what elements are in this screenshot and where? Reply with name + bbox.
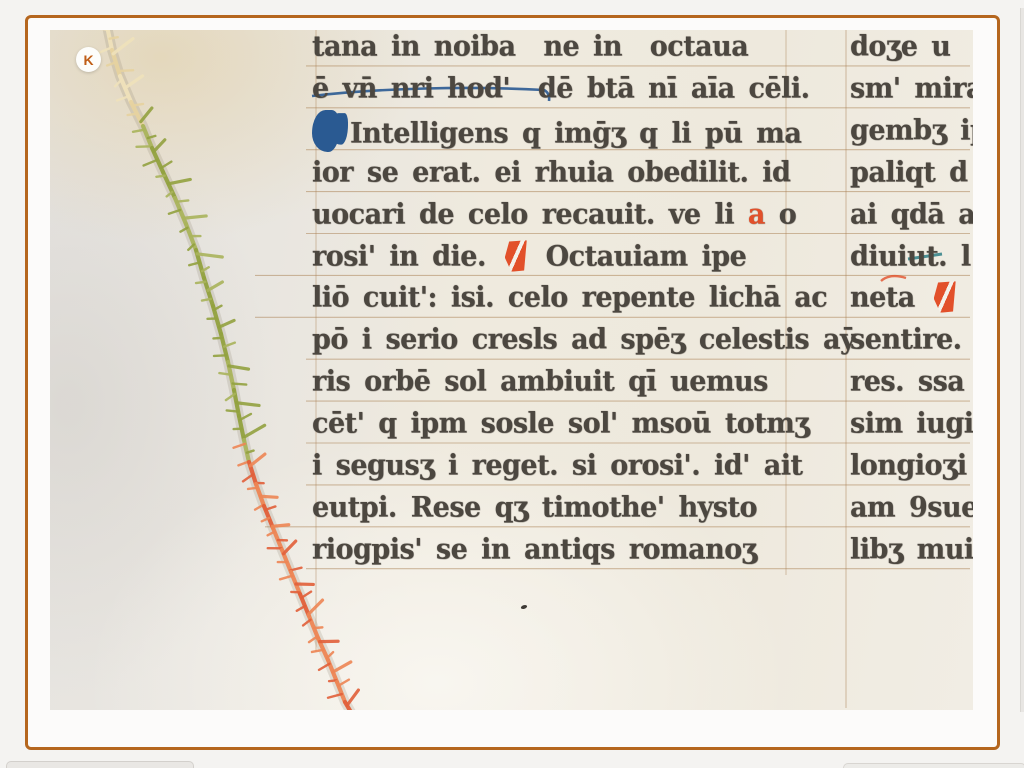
manuscript-line: tana in noiba ne in octaua [312, 30, 748, 70]
manuscript-line: diuiut. l [850, 236, 971, 280]
manuscript-line: ris orbē sol ambiuit qī uemus [312, 361, 768, 405]
manuscript-line: uocari de celo recauit. ve li a o [312, 194, 796, 238]
manuscript-line: res. ssa m [850, 361, 973, 405]
manuscript-line: i segusʒ i reget. si orosi'. id' ait [312, 445, 803, 489]
manuscript-line: am 9sue [850, 487, 973, 531]
manuscript-line: cēt' q ipm sosle sol' msoū totmʒ [312, 403, 809, 447]
next-card-edge [1020, 8, 1024, 712]
manuscript-line: neta u [850, 277, 973, 321]
manuscript-line: Intelligens q imḡʒ q li pū ma [312, 110, 801, 154]
screen: tana in noiba ne in octauaē vn̄ nri hod'… [0, 0, 1024, 768]
manuscript-line: ai qdā a [850, 194, 973, 238]
red-paraph-mark [934, 282, 956, 314]
manuscript-line: paliqt d [850, 152, 968, 196]
manuscript-line: rosi' in die. Octauiam ipe [312, 236, 746, 280]
manuscript-line: pō i serio cresls ad spēʒ celestis aȳ [312, 319, 855, 363]
manuscript-line: liō cuit': isi. celo repente lichā ac [312, 277, 827, 321]
manuscript-line: riogpis' se in antiqs romanoʒ [312, 529, 757, 573]
image-card[interactable]: tana in noiba ne in octauaē vn̄ nri hod'… [25, 15, 1000, 750]
ink-dot [520, 604, 527, 609]
manuscript-line: sm' mira [850, 68, 973, 112]
manuscript-line: eutpi. Rese qʒ timothe' hysto [312, 487, 757, 531]
peek-card-bottom-left[interactable] [6, 761, 194, 768]
red-paraph-mark [505, 240, 527, 272]
manuscript-line: doʒe u [850, 30, 950, 70]
red-letter: a [748, 198, 765, 231]
manuscript-line: gembʒ ip [850, 110, 973, 154]
manuscript-line: ior se erat. ei rhuia obedilit. id [312, 152, 790, 196]
blue-initial-mark [312, 110, 340, 152]
k-badge: K [76, 47, 101, 72]
peek-card-bottom-right[interactable] [843, 763, 1024, 768]
manuscript-line: ē vn̄ nri hod' dē btā nī aīa cēli. [312, 68, 810, 112]
k-badge-label: K [83, 52, 93, 68]
manuscript-line: sim iugi [850, 403, 973, 447]
manuscript-photo: tana in noiba ne in octauaē vn̄ nri hod'… [50, 30, 973, 710]
manuscript-line: sentire. v [850, 319, 973, 363]
manuscript-line: longioʒi [850, 445, 967, 489]
manuscript-line: libʒ mui [850, 529, 973, 573]
